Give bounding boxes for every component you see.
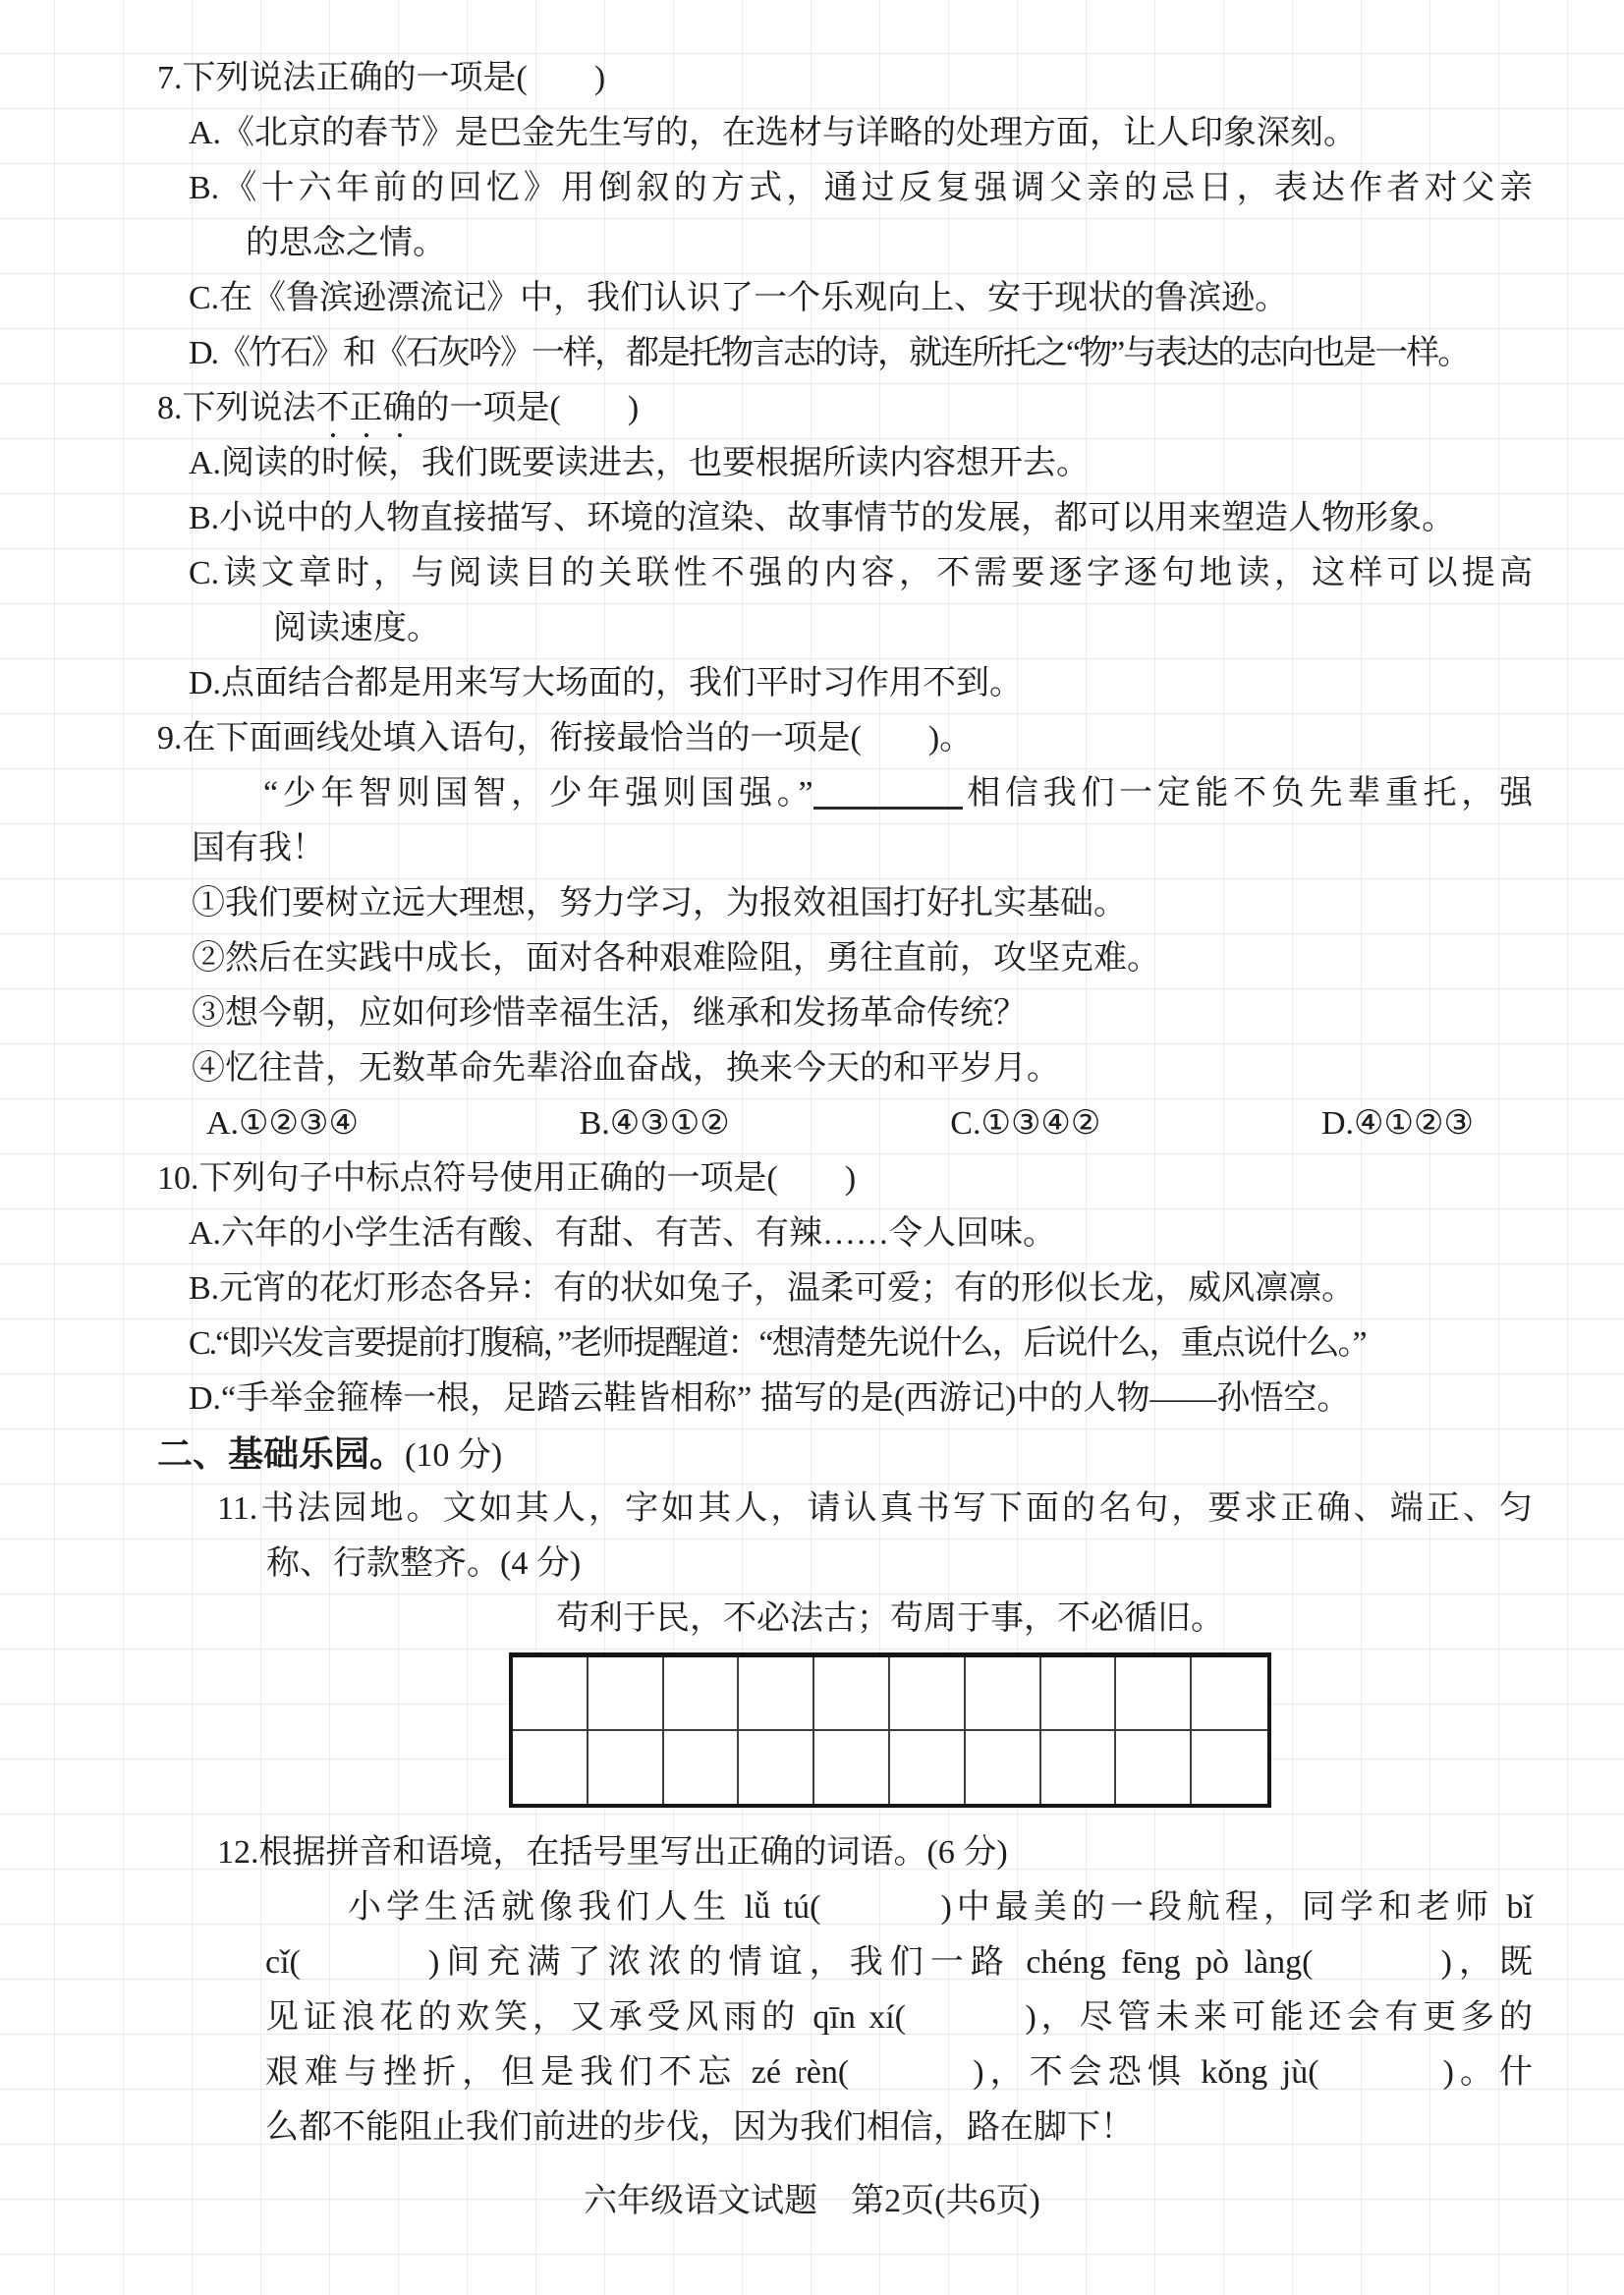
q9-quote-after: 相信我们一定能不负先辈重托，强 bbox=[963, 775, 1533, 812]
calligraphy-writing-grid bbox=[509, 1652, 1271, 1808]
q7-option-d: D.《竹石》和《石灰吟》一样，都是托物言志的诗，就连所托之“物”与表达的志向也是… bbox=[0, 326, 1624, 381]
q9-quote-text: “少年智则国智，少年强则国强。” bbox=[263, 775, 813, 812]
q10-stem: 10.下列句子中标点符号使用正确的一项是( ) bbox=[0, 1151, 1624, 1206]
q11-stem-line2: 称、行款整齐。(4 分) bbox=[0, 1537, 1624, 1592]
q7-option-a: A.《北京的春节》是巴金先生写的，在选材与详略的处理方面，让人印象深刻。 bbox=[0, 106, 1624, 161]
q9-sentence-3: ③想今朝，应如何珍惜幸福生活，继承和发扬革命传统？ bbox=[0, 986, 1624, 1041]
writing-grid-cell bbox=[1041, 1657, 1117, 1731]
q12-paragraph-line: 艰难与挫折，但是我们不忘 zé rèn( )，不会恐惧 kǒng jù( )。什 bbox=[0, 2045, 1624, 2100]
q9-quote-line: “少年智则国智，少年强则国强。”相信我们一定能不负先辈重托，强 bbox=[0, 766, 1624, 821]
writing-grid-cell bbox=[966, 1657, 1041, 1731]
q11-calligraphy-quote: 苟利于民，不必法古；苟周于事，不必循旧。 bbox=[0, 1592, 1624, 1647]
writing-grid-cell bbox=[739, 1657, 814, 1731]
writing-grid-cell bbox=[1192, 1657, 1267, 1731]
q8-option-c: C.读文章时，与阅读目的关联性不强的内容，不需要逐字逐句地读，这样可以提高 bbox=[0, 546, 1624, 601]
exam-page: 7.下列说法正确的一项是( ) A.《北京的春节》是巴金先生写的，在选材与详略的… bbox=[0, 0, 1624, 2295]
writing-grid-cell bbox=[890, 1657, 966, 1731]
writing-grid-cell bbox=[966, 1731, 1041, 1805]
q10-option-c: C.“即兴发言要提前打腹稿，”老师提醒道：“想清楚先说什么，后说什么，重点说什么… bbox=[0, 1316, 1624, 1371]
q12-paragraph-line: cǐ( )间充满了浓浓的情谊，我们一路 chéng fēng pò làng( … bbox=[0, 1935, 1624, 1990]
q8-stem-emphasized: 不正确 bbox=[316, 390, 417, 426]
writing-grid-cell bbox=[513, 1657, 588, 1731]
exam-content: 7.下列说法正确的一项是( ) A.《北京的春节》是巴金先生写的，在选材与详略的… bbox=[0, 51, 1624, 2155]
q8-option-d: D.点面结合都是用来写大场面的，我们平时习作用不到。 bbox=[0, 656, 1624, 711]
writing-grid-cell bbox=[588, 1731, 664, 1805]
writing-grid-cell bbox=[664, 1731, 740, 1805]
writing-grid-cell bbox=[814, 1731, 890, 1805]
writing-grid-cell bbox=[1192, 1731, 1267, 1805]
q9-sentence-1: ①我们要树立远大理想，努力学习，为报效祖国打好扎实基础。 bbox=[0, 876, 1624, 931]
q8-stem: 8.下列说法不正确的一项是( ) bbox=[0, 381, 1624, 436]
writing-grid-cell bbox=[890, 1731, 966, 1805]
q12-paragraph-line: 见证浪花的欢笑，又承受风雨的 qīn xí( )，尽管未来可能还会有更多的 bbox=[0, 1990, 1624, 2045]
q9-option-a: A.①②③④ bbox=[206, 1096, 359, 1151]
q9-sentence-2: ②然后在实践中成长，面对各种艰难险阻，勇往直前，攻坚克难。 bbox=[0, 931, 1624, 986]
q10-option-d: D.“手举金箍棒一根，足踏云鞋皆相称” 描写的是(西游记)中的人物——孙悟空。 bbox=[0, 1371, 1624, 1427]
q8-option-c-cont: 阅读速度。 bbox=[0, 601, 1624, 656]
section-2-title: 二、基础乐园。 bbox=[157, 1433, 405, 1474]
answer-blank-underline bbox=[813, 777, 963, 810]
writing-grid-cell bbox=[1116, 1657, 1192, 1731]
section-2-score: (10 分) bbox=[405, 1437, 502, 1474]
page-footer: 六年级语文试题 第2页(共6页) bbox=[0, 2173, 1624, 2221]
q9-option-c: C.①③④② bbox=[950, 1096, 1100, 1151]
q7-option-c: C.在《鲁滨逊漂流记》中，我们认识了一个乐观向上、安于现状的鲁滨逊。 bbox=[0, 271, 1624, 326]
q8-option-b: B.小说中的人物直接描写、环境的渲染、故事情节的发展，都可以用来塑造人物形象。 bbox=[0, 491, 1624, 546]
q10-option-b: B.元宵的花灯形态各异：有的状如兔子，温柔可爱；有的形似长龙，威风凛凛。 bbox=[0, 1261, 1624, 1316]
q8-stem-post: 的一项是( ) bbox=[417, 390, 640, 426]
q9-options-row: A.①②③④ B.④③①② C.①③④② D.④①②③ bbox=[0, 1096, 1624, 1151]
q11-quote-text: 苟利于民，不必法古；苟周于事，不必循旧。 bbox=[509, 1592, 1271, 1647]
q8-option-a: A.阅读的时候，我们既要读进去，也要根据所读内容想开去。 bbox=[0, 436, 1624, 491]
q12-stem: 12.根据拼音和语境，在括号里写出正确的词语。(6 分) bbox=[0, 1825, 1624, 1880]
writing-grid-cell bbox=[739, 1731, 814, 1805]
q9-sentence-4: ④忆往昔，无数革命先辈浴血奋战，换来今天的和平岁月。 bbox=[0, 1041, 1624, 1096]
q12-paragraph-line: 么都不能阻止我们前进的步伐，因为我们相信，路在脚下！ bbox=[0, 2100, 1624, 2155]
q7-stem: 7.下列说法正确的一项是( ) bbox=[0, 51, 1624, 106]
writing-grid-cell bbox=[664, 1657, 740, 1731]
writing-grid-cell bbox=[513, 1731, 588, 1805]
q7-option-b-cont: 的思念之情。 bbox=[0, 216, 1624, 271]
q7-option-b: B.《十六年前的回忆》用倒叙的方式，通过反复强调父亲的忌日，表达作者对父亲 bbox=[0, 161, 1624, 216]
writing-grid-cell bbox=[588, 1657, 664, 1731]
writing-grid-cell bbox=[1041, 1731, 1117, 1805]
q9-stem: 9.在下面画线处填入语句，衔接最恰当的一项是( )。 bbox=[0, 711, 1624, 766]
writing-grid-cell bbox=[814, 1657, 890, 1731]
q8-stem-pre: 8.下列说法 bbox=[157, 390, 316, 426]
section-2-heading: 二、基础乐园。(10 分) bbox=[0, 1427, 1624, 1482]
q9-quote-cont: 国有我！ bbox=[0, 821, 1624, 876]
q9-option-d: D.④①②③ bbox=[1321, 1096, 1474, 1151]
q12-paragraph-line: 小学生活就像我们人生 lǚ tú( )中最美的一段航程，同学和老师 bǐ bbox=[0, 1880, 1624, 1935]
q11-stem-line1: 11.书法园地。文如其人，字如其人，请认真书写下面的名句，要求正确、端正、匀 bbox=[0, 1482, 1624, 1537]
q9-option-b: B.④③①② bbox=[580, 1096, 730, 1151]
q10-option-a: A.六年的小学生活有酸、有甜、有苦、有辣……令人回味。 bbox=[0, 1206, 1624, 1261]
writing-grid-cell bbox=[1116, 1731, 1192, 1805]
